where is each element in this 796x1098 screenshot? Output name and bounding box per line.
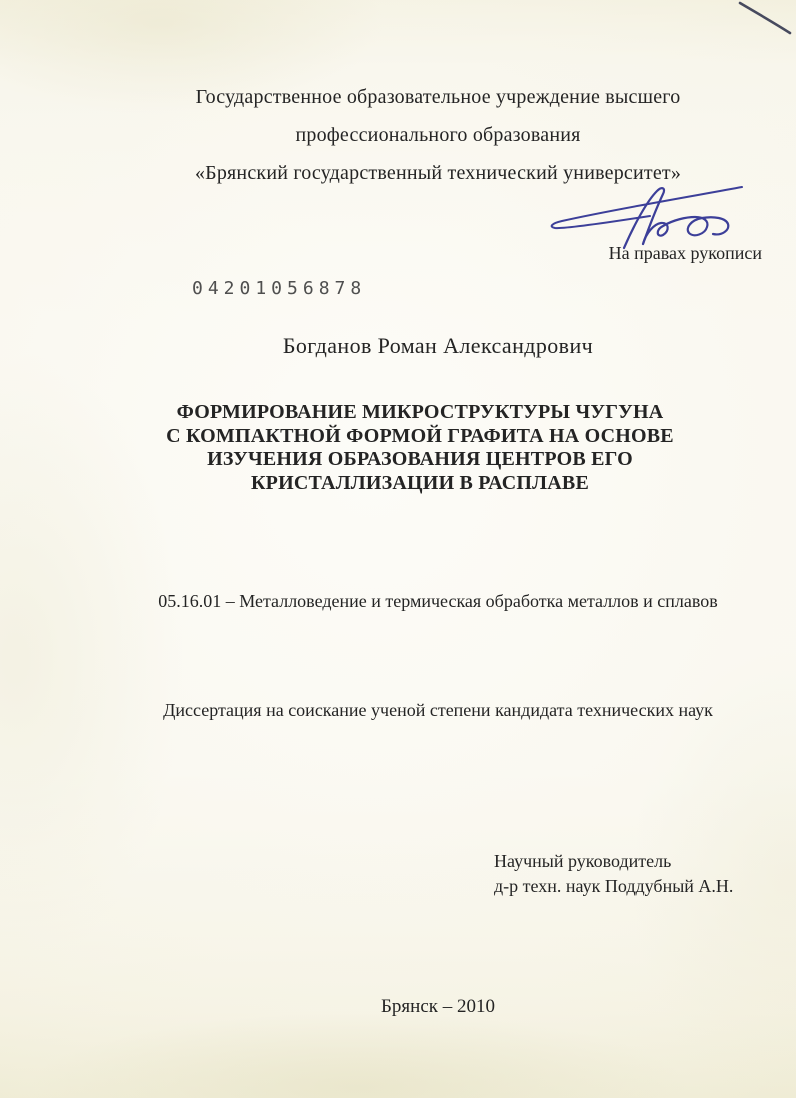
institution-line-2: профессионального образования (80, 116, 796, 154)
registration-number: 04201056878 (192, 278, 366, 299)
supervisor-block: Научный руководитель д-р техн. наук Подд… (494, 849, 733, 899)
title-line-4: КРИСТАЛЛИЗАЦИИ В РАСПЛАВЕ (50, 472, 790, 496)
title-line-2: С КОМПАКТНОЙ ФОРМОЙ ГРАФИТА НА ОСНОВЕ (50, 425, 790, 449)
author-name: Богданов Роман Александрович (80, 333, 796, 359)
city-year: Брянск – 2010 (80, 996, 796, 1018)
dissertation-title-page: Государственное образовательное учрежден… (0, 0, 796, 1098)
specialty-line: 05.16.01 – Металловедение и термическая … (80, 591, 796, 612)
supervisor-name: д-р техн. наук Поддубный А.Н. (494, 874, 733, 899)
institution-line-1: Государственное образовательное учрежден… (80, 78, 796, 116)
manuscript-note: На правах рукописи (609, 243, 762, 264)
thesis-type-line: Диссертация на соискание ученой степени … (80, 700, 796, 721)
title-line-1: ФОРМИРОВАНИЕ МИКРОСТРУКТУРЫ ЧУГУНА (50, 401, 790, 425)
dissertation-title: ФОРМИРОВАНИЕ МИКРОСТРУКТУРЫ ЧУГУНА С КОМ… (50, 401, 790, 495)
supervisor-label: Научный руководитель (494, 849, 733, 874)
pen-mark-icon (730, 0, 796, 40)
title-line-3: ИЗУЧЕНИЯ ОБРАЗОВАНИЯ ЦЕНТРОВ ЕГО (50, 448, 790, 472)
